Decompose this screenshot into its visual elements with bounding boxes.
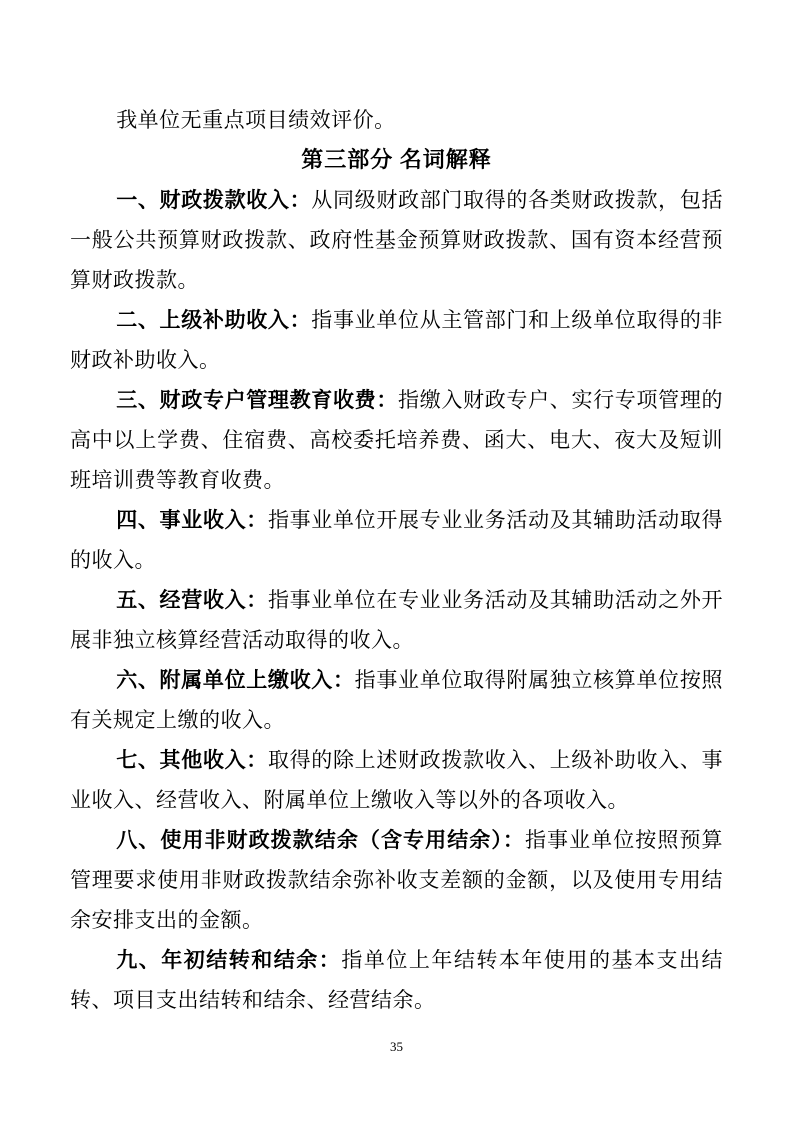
- page-footer: 35: [0, 1038, 793, 1056]
- term-paragraph: 一、财政拨款收入：从同级财政部门取得的各类财政拨款，包括一般公共预算财政拨款、政…: [70, 180, 723, 300]
- intro-paragraph: 我单位无重点项目绩效评价。: [70, 100, 723, 140]
- term-label: 七、其他收入：: [116, 748, 268, 772]
- term-label: 一、财政拨款收入：: [116, 188, 311, 212]
- term-paragraph: 六、附属单位上缴收入：指事业单位取得附属独立核算单位按照有关规定上缴的收入。: [70, 660, 723, 740]
- term-paragraph: 八、使用非财政拨款结余（含专用结余）：指事业单位按照预算管理要求使用非财政拨款结…: [70, 820, 723, 940]
- terms-container: 一、财政拨款收入：从同级财政部门取得的各类财政拨款，包括一般公共预算财政拨款、政…: [70, 180, 723, 1020]
- term-paragraph: 三、财政专户管理教育收费：指缴入财政专户、实行专项管理的高中以上学费、住宿费、高…: [70, 380, 723, 500]
- term-label: 三、财政专户管理教育收费：: [116, 388, 398, 412]
- document-page: 我单位无重点项目绩效评价。 第三部分 名词解释 一、财政拨款收入：从同级财政部门…: [0, 0, 793, 1122]
- term-paragraph: 七、其他收入：取得的除上述财政拨款收入、上级补助收入、事业收入、经营收入、附属单…: [70, 740, 723, 820]
- document-content: 我单位无重点项目绩效评价。 第三部分 名词解释 一、财政拨款收入：从同级财政部门…: [70, 100, 723, 1020]
- term-label: 二、上级补助收入：: [116, 308, 311, 332]
- term-label: 五、经营收入：: [116, 588, 268, 612]
- term-paragraph: 四、事业收入：指事业单位开展专业业务活动及其辅助活动取得的收入。: [70, 500, 723, 580]
- term-label: 八、使用非财政拨款结余（含专用结余）：: [116, 828, 525, 852]
- term-paragraph: 五、经营收入：指事业单位在专业业务活动及其辅助活动之外开展非独立核算经营活动取得…: [70, 580, 723, 660]
- term-label: 九、年初结转和结余：: [116, 948, 341, 972]
- term-paragraph: 二、上级补助收入：指事业单位从主管部门和上级单位取得的非财政补助收入。: [70, 300, 723, 380]
- term-label: 六、附属单位上缴收入：: [116, 668, 354, 692]
- page-number: 35: [390, 1039, 403, 1054]
- section-heading: 第三部分 名词解释: [70, 140, 723, 180]
- term-label: 四、事业收入：: [116, 508, 268, 532]
- term-paragraph: 九、年初结转和结余：指单位上年结转本年使用的基本支出结转、项目支出结转和结余、经…: [70, 940, 723, 1020]
